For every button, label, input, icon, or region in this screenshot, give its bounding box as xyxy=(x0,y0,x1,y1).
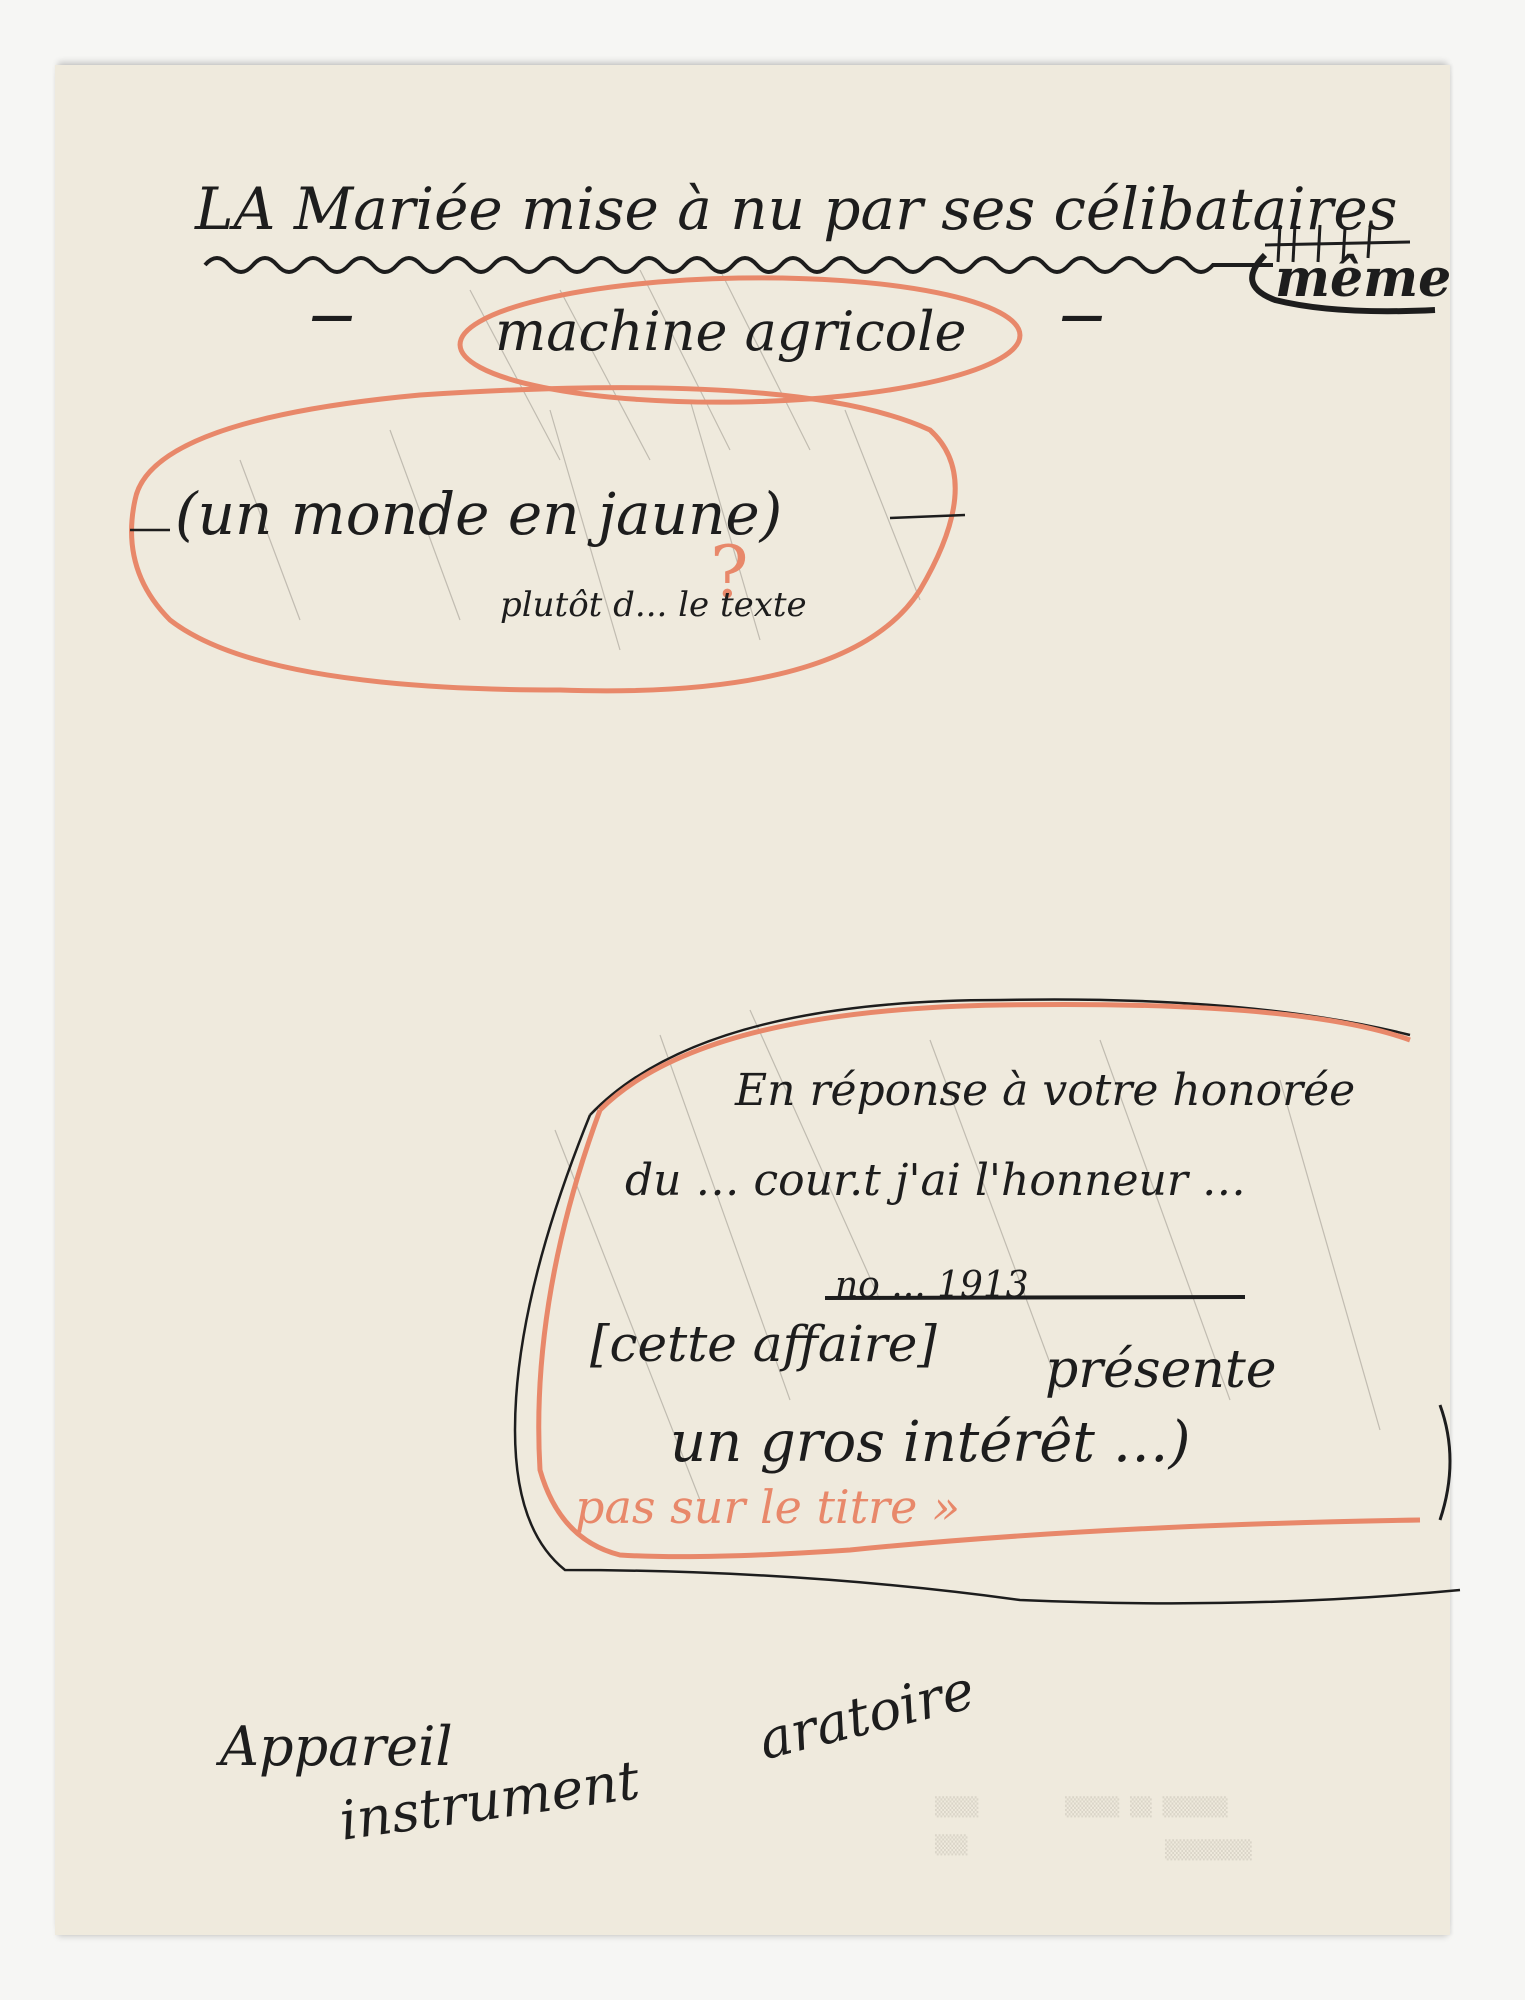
note-2-line-1: En réponse à votre honorée xyxy=(735,1065,1355,1116)
title-text: LA Mariée mise à nu par ses célibataires xyxy=(195,175,1397,243)
note-1-text: (un monde en jaune) xyxy=(175,480,782,548)
red-annotation: pas sur le titre » xyxy=(575,1480,960,1534)
closing-paren xyxy=(1440,1405,1450,1520)
subtitle-dash-right: — xyxy=(1060,290,1104,341)
note-2-line-4: un gros intérêt …) xyxy=(670,1410,1191,1475)
subtitle-text: machine agricole xyxy=(495,300,966,363)
wavy-underline xyxy=(205,258,1273,272)
stamp-row-1-left: ▒▒▒▒ xyxy=(935,1797,978,1818)
note-2-line-3-suffix: présente xyxy=(1045,1340,1277,1400)
note-2-struck-line: no ... 1913 xyxy=(835,1265,1029,1306)
subtitle-dash-left: — xyxy=(310,290,354,341)
bottom-word-appareil: Appareil xyxy=(220,1715,453,1778)
note-2-line-2: du … cour.t j'ai l'honneur … xyxy=(625,1155,1246,1206)
stamp-row-1-right: ▒▒▒▒▒ ▒▒ ▒▒▒▒▒▒ xyxy=(1065,1797,1228,1818)
title-annotation-meme: même xyxy=(1275,248,1451,309)
stamp-row-2-right: ▒▒▒▒▒▒▒▒ xyxy=(1165,1840,1252,1861)
stamp-row-2-left: ▒▒▒ xyxy=(935,1835,968,1856)
note-2-bracket-text: [cette affaire] xyxy=(590,1315,937,1373)
note-1-subnote: plutôt d... le texte xyxy=(500,585,807,625)
